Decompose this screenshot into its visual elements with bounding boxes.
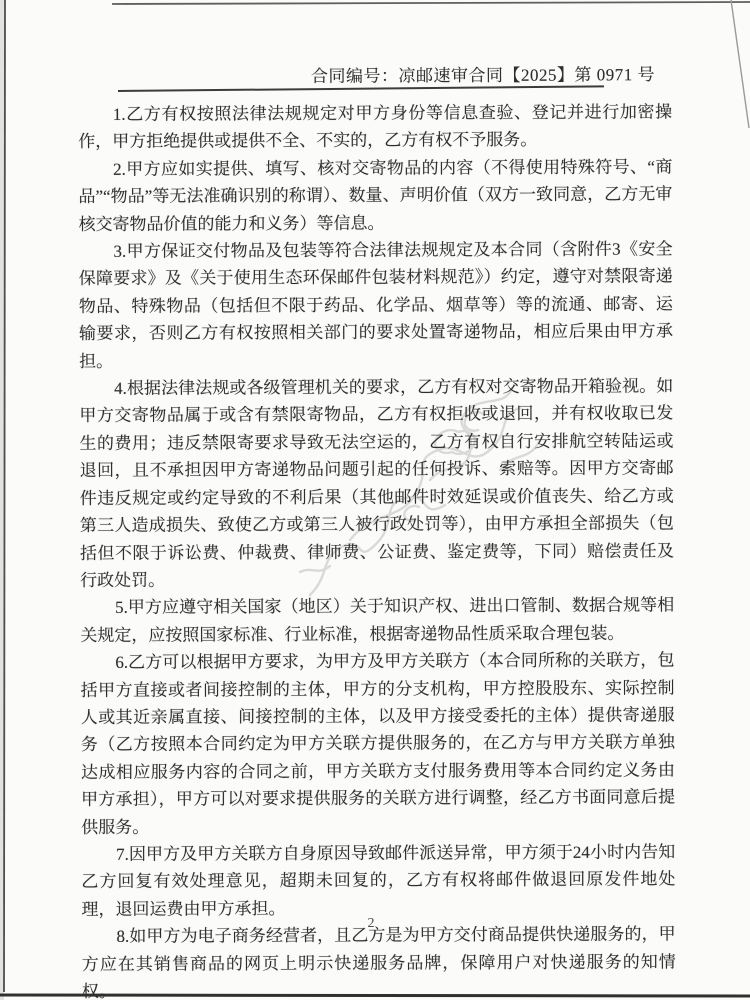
contract-number: 合同编号：凉邮速审合同【2025】第 0971 号 xyxy=(311,60,655,87)
scan-left-margin xyxy=(0,0,4,1000)
contract-body: 1.乙方有权按照法律法规规定对甲方身份等信息查验、登记并进行加密操作，甲方拒绝提… xyxy=(78,98,676,1000)
contract-clause-4: 4.根据法律法规或各级管理机关的要求，乙方有权对交寄物品开箱验视。如甲方交寄物品… xyxy=(79,372,674,594)
contract-clause-3: 3.甲方保证交付物品及包装等符合法律法规规定及本合同（含附件3《安全保障要求》及… xyxy=(79,235,674,375)
page-number: 2 xyxy=(356,916,386,932)
contract-clause-6: 6.乙方可以根据甲方要求，为甲方及甲方关联方（本合同所称的关联方，包括甲方直接或… xyxy=(80,647,675,841)
contract-clause-1: 1.乙方有权按照法律法规规定对甲方身份等信息查验、登记并进行加密操作，甲方拒绝提… xyxy=(78,98,672,155)
contract-clause-8: 8.如甲方为电子商务经营者，且乙方是为甲方交付商品提供快递服务的，甲方应在其销售… xyxy=(82,921,676,1000)
scanned-contract-page: 合同编号：凉邮速审合同【2025】第 0971 号 1.乙方有权按照法律法规规定… xyxy=(0,0,750,1000)
contract-clause-5: 5.甲方应遵守相关国家（地区）关于知识产权、进出口管制、数据合规等相关规定，应按… xyxy=(80,592,674,649)
contract-clause-2: 2.甲方应如实提供、填写、核对交寄物品的内容（不得使用特殊符号、“商品”“物品”… xyxy=(78,153,672,238)
contract-clause-7: 7.因甲方及甲方关联方自身原因导致邮件派送异常，甲方须于24小时内告知乙方回复有… xyxy=(81,838,675,923)
